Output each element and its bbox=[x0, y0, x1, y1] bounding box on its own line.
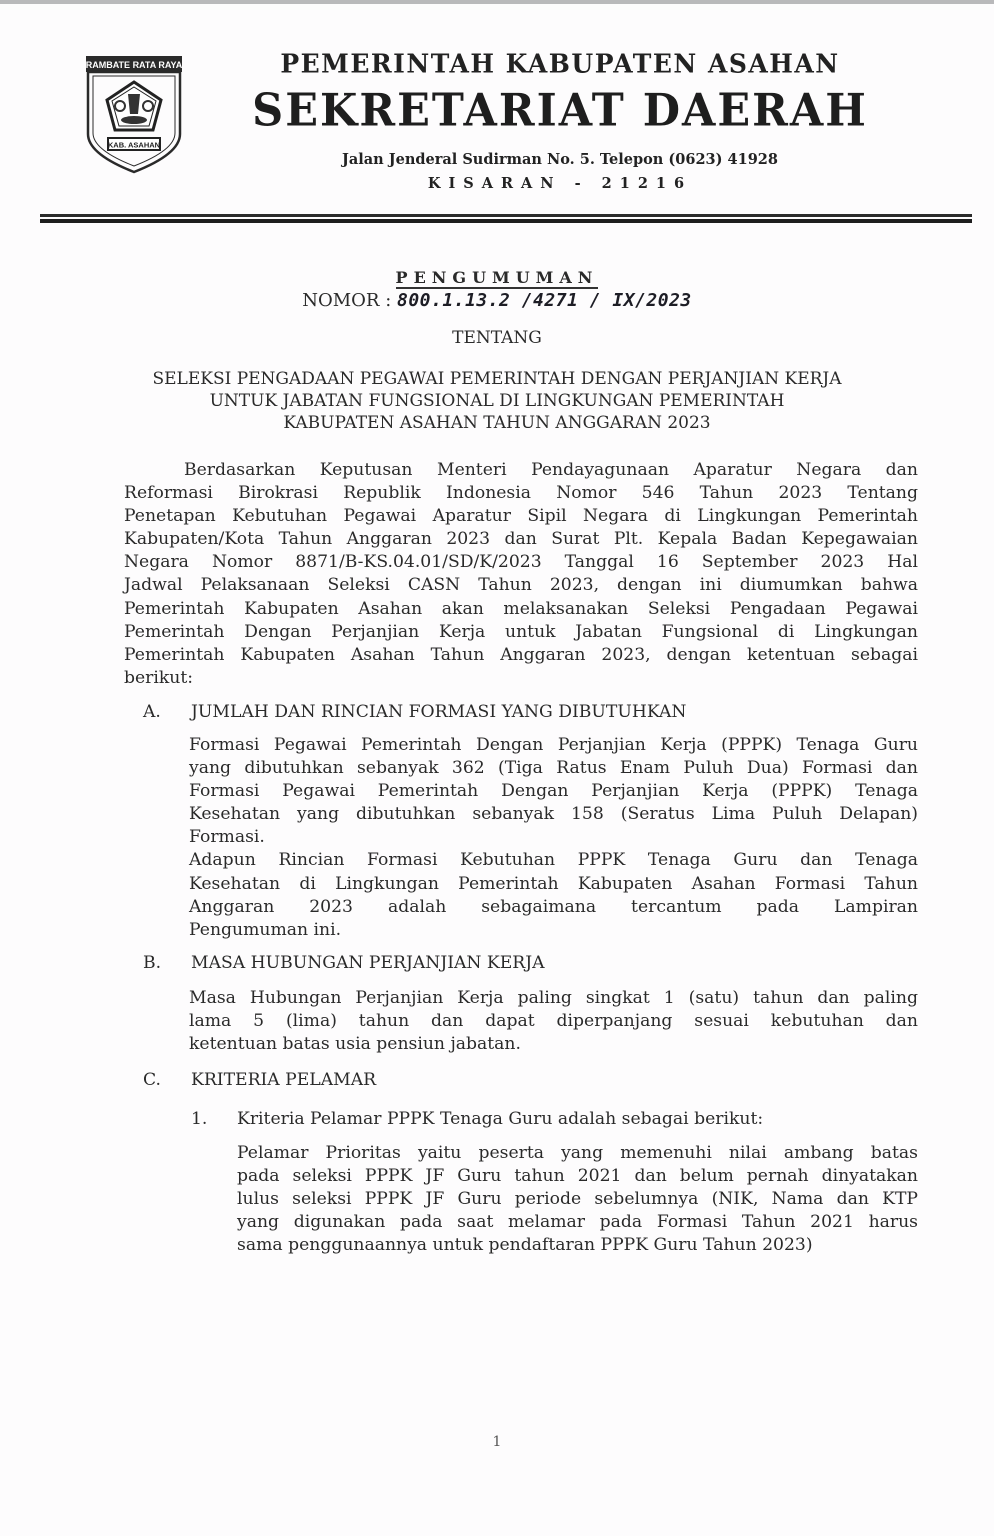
section-a-paragraph: Formasi Pegawai Pemerintah Dengan Perjan… bbox=[189, 734, 918, 942]
about-label: TENTANG bbox=[0, 328, 994, 348]
office-address: Jalan Jenderal Sudirman No. 5. Telepon (… bbox=[200, 149, 920, 171]
letterhead-divider-thick bbox=[40, 219, 972, 223]
section-c-heading: C.KRITERIA PELAMAR bbox=[143, 1069, 376, 1092]
section-b-heading: B.MASA HUBUNGAN PERJANJIAN KERJA bbox=[143, 952, 545, 975]
svg-text:RAMBATE RATA RAYA: RAMBATE RATA RAYA bbox=[86, 60, 183, 70]
svg-text:KAB. ASAHAN: KAB. ASAHAN bbox=[108, 141, 160, 150]
announcement-number: NOMOR : 800.1.13.2 /4271 / IX/2023 bbox=[0, 290, 994, 311]
number-value-handwritten: 800.1.13.2 /4271 / IX/2023 bbox=[397, 290, 692, 311]
scan-top-edge bbox=[0, 0, 994, 4]
section-b-paragraph: Masa Hubungan Perjanjian Kerja paling si… bbox=[189, 987, 918, 1056]
office-city: KISARAN - 21216 bbox=[200, 173, 920, 195]
office-name: SEKRETARIAT DAERAH bbox=[200, 81, 920, 142]
number-label: NOMOR : bbox=[302, 290, 391, 311]
government-name: PEMERINTAH KABUPATEN ASAHAN bbox=[200, 45, 920, 83]
intro-paragraph: Berdasarkan Keputusan Menteri Pendayagun… bbox=[124, 459, 918, 690]
section-c1-heading: 1.Kriteria Pelamar PPPK Tenaga Guru adal… bbox=[191, 1108, 763, 1131]
announcement-heading: PENGUMUMAN bbox=[0, 268, 994, 287]
letterhead-divider-thin bbox=[40, 214, 972, 217]
kabupaten-asahan-crest-icon: RAMBATE RATA RAYA KAB. ASAHAN bbox=[84, 54, 184, 174]
page-number: 1 bbox=[0, 1434, 994, 1450]
letterhead: PEMERINTAH KABUPATEN ASAHAN SEKRETARIAT … bbox=[200, 46, 920, 195]
section-c1-paragraph: Pelamar Prioritas yaitu peserta yang mem… bbox=[237, 1142, 918, 1257]
announcement-title: SELEKSI PENGADAAN PEGAWAI PEMERINTAH DEN… bbox=[0, 368, 994, 434]
section-a-heading: A.JUMLAH DAN RINCIAN FORMASI YANG DIBUTU… bbox=[143, 701, 686, 724]
